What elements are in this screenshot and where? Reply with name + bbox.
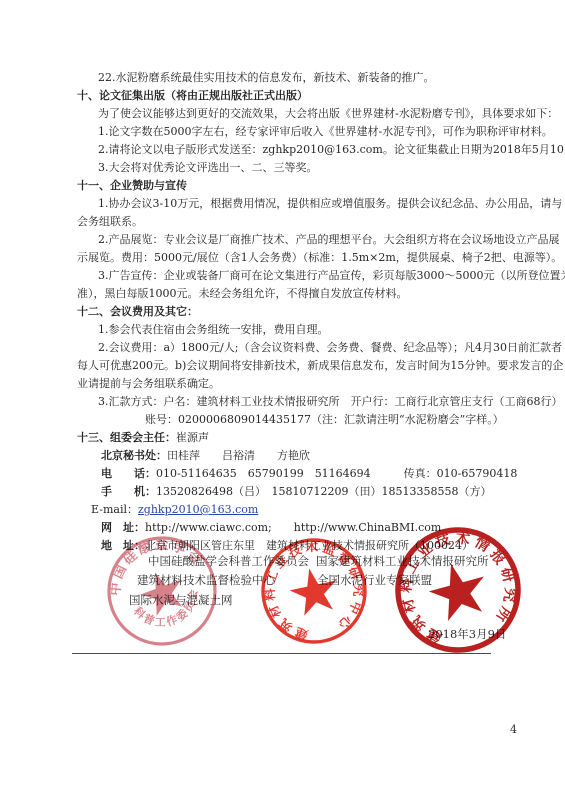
document-line: 3.大会将对优秀论文评选出一、二、三等奖。	[77, 159, 495, 177]
document-line: 十、论文征集出版（将由正规出版社正式出版）	[77, 87, 495, 105]
document-line: 2.请将论文以电子版形式发送至：zghkp2010@163.com。论文征集截止…	[77, 141, 495, 159]
document-line: 十二、会议费用及其它：	[77, 303, 495, 321]
text-segment: 会务组联系。	[77, 215, 143, 228]
document-body: 22.水泥粉磨系统最佳实用技术的信息发布，新技术、新装备的推广。十、论文征集出版…	[77, 69, 495, 555]
star-icon	[423, 557, 492, 624]
text-segment: 010-51164635 65790199 51164694 传真：010-65…	[156, 467, 517, 480]
text-segment: 3.汇款方式：户名：建筑材料工业技术情报研究所 开户行：工商行北京管庄支行（工商…	[98, 395, 563, 408]
document-line: 3.汇款方式：户名：建筑材料工业技术情报研究所 开户行：工商行北京管庄支行（工商…	[77, 393, 495, 411]
text-segment: 2.请将论文以电子版形式发送至：zghkp2010@163.com。论文征集截止…	[98, 143, 565, 156]
text-segment: 准），黑白每版1000元。未经会务组允许，不得擅自发放宣传材料。	[77, 287, 408, 300]
text-segment: 十、论文征集出版（将由正规出版社正式出版）	[77, 89, 308, 102]
document-line: 1.论文字数在5000字左右，经专家评审后收入《世界建材-水泥专刊》，可作为职称…	[77, 123, 495, 141]
text-segment: 十三、组委会主任：	[77, 431, 176, 444]
document-line: 2.产品展览：专业会议是厂商推广技术、产品的理想平台。大会组织方将在会议场地设立…	[77, 231, 495, 249]
text-segment: E-mail：	[91, 503, 138, 516]
document-line: 准），黑白每版1000元。未经会务组允许，不得擅自发放宣传材料。	[77, 285, 495, 303]
text-segment: 账号：0200006809014435177（注：汇款请注明“水泥粉磨会”字样。…	[145, 413, 504, 426]
document-line: 2.会议费用：a）1800元/人;（含会议资料费、会务费、餐费、纪念品等）；凡4…	[77, 339, 495, 357]
text-segment: 3.大会将对优秀论文评选出一、二、三等奖。	[98, 161, 318, 174]
text-segment: 业请提前与会务组联系确定。	[77, 377, 220, 390]
document-line: 十三、组委会主任：崔源声	[77, 429, 495, 447]
text-segment: 13520826498（吕） 15810712209（田）18513358558…	[156, 485, 491, 498]
document-line: 示展览。费用：5000元/展位（含1人会务费）（标准：1.5m×2m，提供展桌、…	[77, 249, 495, 267]
document-line: E-mail：zghkp2010@163.com	[77, 501, 495, 519]
email-link[interactable]: zghkp2010@163.com	[138, 503, 258, 516]
text-segment: 十二、会议费用及其它：	[77, 305, 198, 318]
document-line: 北京秘书处：田桂萍 吕裕清 方艳欣	[77, 447, 495, 465]
document-line: 手 机：13520826498（吕） 15810712209（田）1851335…	[77, 483, 495, 501]
document-line: 账号：0200006809014435177（注：汇款请注明“水泥粉磨会”字样。…	[77, 411, 495, 429]
text-segment: 手 机：	[101, 485, 156, 498]
text-segment: 崔源声	[176, 431, 209, 444]
document-line: 1.参会代表住宿由会务组统一安排，费用自理。	[77, 321, 495, 339]
text-segment: 1.论文字数在5000字左右，经专家评审后收入《世界建材-水泥专刊》，可作为职称…	[98, 125, 553, 138]
text-segment: 电 话：	[101, 467, 156, 480]
text-segment: 1.参会代表住宿由会务组统一安排，费用自理。	[98, 323, 329, 336]
document-line: 3.广告宣传：企业或装备厂商可在论文集进行产品宣传，彩页每版3000～5000元…	[77, 267, 495, 285]
document-line: 为了使会议能够达到更好的交流效果，大会将出版《世界建材-水泥粉磨专刊》，具体要求…	[77, 105, 495, 123]
text-segment: 为了使会议能够达到更好的交流效果，大会将出版《世界建材-水泥粉磨专刊》，具体要求…	[98, 107, 558, 120]
text-segment: 十一、企业赞助与宣传	[77, 179, 187, 192]
document-line: 会务组联系。	[77, 213, 495, 231]
document-line: 1.协办会议3-10万元，根据费用情况，提供相应或增值服务。提供会议纪念品、办公…	[77, 195, 495, 213]
silicate-society-stamp-seal: 中国硅酸盐学会 科普工作委员会	[103, 532, 221, 650]
document-line: 每人可优惠200元。b)会议期间将安排新技术，新成果信息发布，发言时间为15分钟…	[77, 357, 495, 375]
footer-divider	[72, 653, 491, 654]
document-line: 22.水泥粉磨系统最佳实用技术的信息发布，新技术、新装备的推广。	[77, 69, 495, 87]
text-segment: 每人可优惠200元。b)会议期间将安排新技术，新成果信息发布，发言时间为15分钟…	[77, 359, 563, 372]
document-line: 十一、企业赞助与宣传	[77, 177, 495, 195]
text-segment: 2.产品展览：专业会议是厂商推广技术、产品的理想平台。大会组织方将在会议场地设立…	[98, 233, 560, 246]
text-segment: 3.广告宣传：企业或装备厂商可在论文集进行产品宣传，彩页每版3000～5000元…	[98, 269, 565, 282]
document-line: 电 话：010-51164635 65790199 51164694 传真：01…	[77, 465, 495, 483]
text-segment: 田桂萍 吕裕清 方艳欣	[167, 449, 310, 462]
text-segment: 2.会议费用：a）1800元/人;（含会议资料费、会务费、餐费、纪念品等）；凡4…	[98, 341, 562, 354]
supervision-center-stamp-seal: 建筑材料工业技术监督研究中心	[257, 534, 371, 648]
page-number: 4	[510, 723, 517, 736]
star-icon	[286, 564, 342, 618]
text-segment: 1.协办会议3-10万元，根据费用情况，提供相应或增值服务。提供会议纪念品、办公…	[98, 197, 562, 210]
document-line: 业请提前与会务组联系确定。	[77, 375, 495, 393]
info-institute-stamp-seal: 建筑材料工业技术情报研究所	[388, 520, 528, 660]
text-segment: 北京秘书处：	[101, 449, 167, 462]
text-segment: 22.水泥粉磨系统最佳实用技术的信息发布，新技术、新装备的推广。	[98, 71, 435, 84]
text-segment: 示展览。费用：5000元/展位（含1人会务费）（标准：1.5m×2m，提供展桌、…	[77, 251, 562, 264]
